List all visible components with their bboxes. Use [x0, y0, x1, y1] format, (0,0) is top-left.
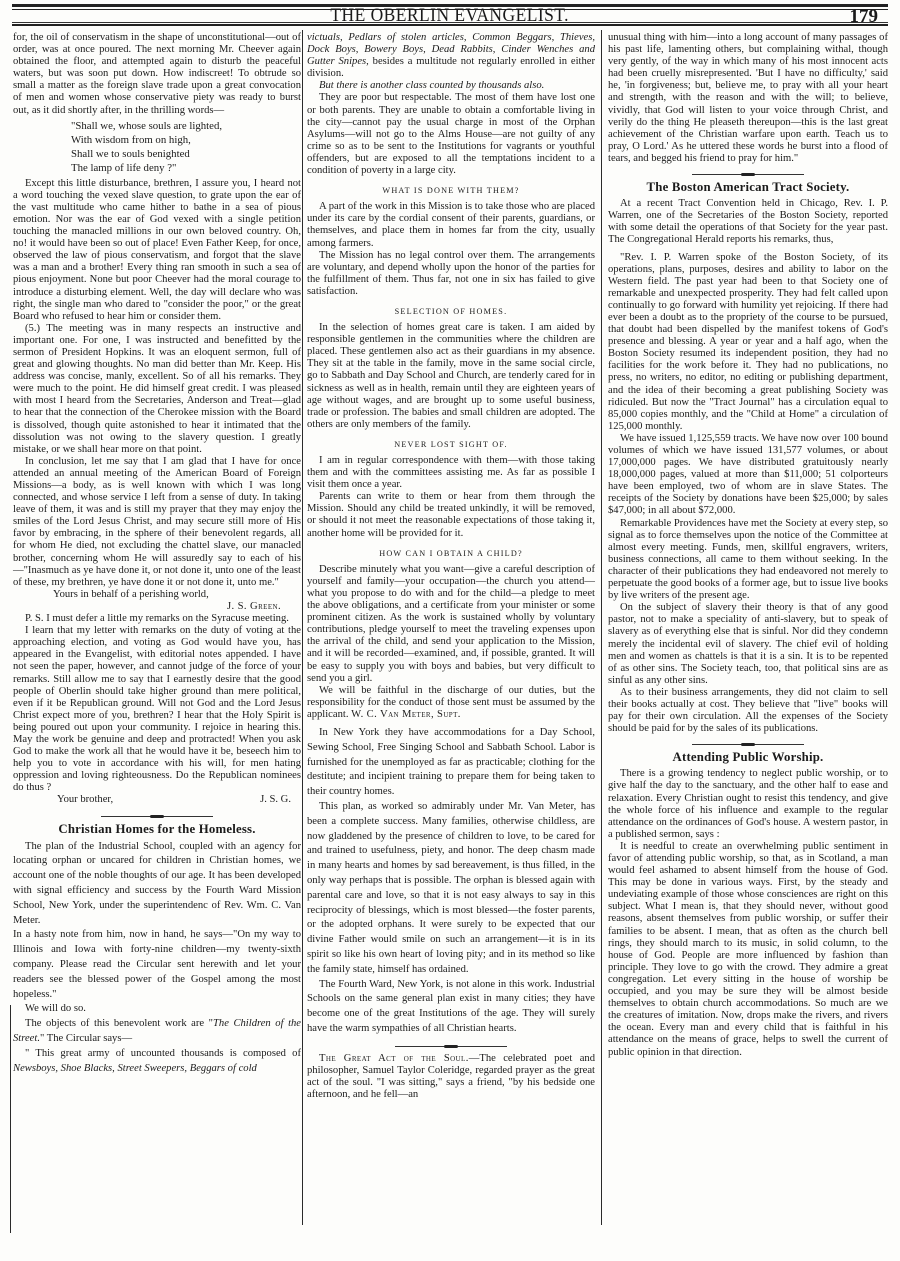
- verse-quote: "Shall we, whose souls are lighted, With…: [71, 119, 301, 175]
- paragraph: It is needful to create an overwhelming …: [608, 841, 888, 1059]
- left-border: [10, 1005, 11, 1233]
- article-heading: The Boston American Tract Society.: [608, 181, 888, 193]
- column-3: unusual thing with him—into a long accou…: [608, 32, 888, 1059]
- signature: W. C. Van Meter, Supt.: [351, 709, 461, 720]
- masthead: THE OBERLIN EVANGELIST. 179: [0, 6, 900, 26]
- text: The objects of this benevolent work are …: [25, 1018, 213, 1029]
- paragraph: A part of the work in this Mission is to…: [307, 201, 595, 249]
- paragraph: In the selection of homes great care is …: [307, 322, 595, 431]
- paragraph: "Rev. I. P. Warren spoke of the Boston S…: [608, 252, 888, 433]
- paragraph: for, the oil of conservatism in the shap…: [13, 32, 301, 117]
- paragraph: At a recent Tract Convention held in Chi…: [608, 198, 888, 246]
- text: " The Circular says—: [40, 1033, 132, 1044]
- paragraph: They are poor but respectable. The most …: [307, 92, 595, 177]
- verse-line: The lamp of life deny ?": [71, 161, 301, 175]
- article-body: In New York they have accommodations for…: [307, 726, 595, 1037]
- paragraph: As to their business arrangements, they …: [608, 687, 888, 735]
- masthead-rule-thick: [12, 24, 888, 26]
- subheading: HOW CAN I OBTAIN A CHILD?: [307, 548, 595, 560]
- verse-line: Shall we to souls benighted: [71, 147, 301, 161]
- paragraph: (5.) The meeting was in many respects an…: [13, 323, 301, 456]
- paragraph: The Fourth Ward, New York, is not alone …: [307, 978, 595, 1037]
- paragraph: In New York they have accommodations for…: [307, 726, 595, 800]
- article-heading: Christian Homes for the Homeless.: [13, 823, 301, 835]
- italic-text: Newsboys, Shoe Blacks, Street Sweepers, …: [13, 1063, 257, 1074]
- newspaper-page: THE OBERLIN EVANGELIST. 179 for, the oil…: [0, 0, 900, 1261]
- paragraph: We will be faithful in the discharge of …: [307, 685, 595, 721]
- letter-closing: Yours in behalf of a perishing world,: [13, 589, 301, 601]
- paragraph: I am in regular correspondence with them…: [307, 455, 595, 491]
- paragraph: The Mission has no legal control over th…: [307, 250, 595, 298]
- text: " This great army of uncounted thousands…: [25, 1048, 301, 1059]
- paragraph: The Great Act of the Soul.—The celebrate…: [307, 1053, 595, 1101]
- column-2: victuals, Pedlars of stolen articles, Co…: [307, 32, 595, 1101]
- article-divider: [608, 744, 888, 745]
- postscript: P. S. I must defer a little my remarks o…: [13, 613, 301, 625]
- letter-signature: J. S. Green.: [13, 601, 301, 613]
- column-divider-2: [601, 30, 602, 1225]
- italic-text: But there is another class counted by th…: [319, 80, 544, 91]
- masthead-rule: [12, 22, 888, 23]
- verse-line: "Shall we, whose souls are lighted,: [71, 119, 301, 133]
- article-divider: [13, 816, 301, 817]
- signature-initials: J. S. G.: [260, 794, 291, 806]
- paragraph: We will do so.: [13, 1002, 301, 1017]
- paragraph: Except this little disturbance, brethren…: [13, 178, 301, 323]
- paragraph: I learn that my letter with remarks on t…: [13, 625, 301, 794]
- paragraph: This plan, as worked so admirably under …: [307, 800, 595, 978]
- verse-line: With wisdom from on high,: [71, 133, 301, 147]
- paragraph: Describe minutely what you want—give a c…: [307, 564, 595, 685]
- paragraph: In a hasty note from him, now in hand, h…: [13, 928, 301, 1002]
- paragraph: Parents can write to them or hear from t…: [307, 491, 595, 539]
- paragraph: There is a growing tendency to neglect p…: [608, 768, 888, 841]
- paragraph: " This great army of uncounted thousands…: [13, 1047, 301, 1077]
- paragraph: The plan of the Industrial School, coupl…: [13, 840, 301, 929]
- paragraph: unusual thing with him—into a long accou…: [608, 32, 888, 165]
- article-heading: Attending Public Worship.: [608, 751, 888, 763]
- subheading: SELECTION OF HOMES.: [307, 306, 595, 318]
- article-lead-title: The Great Act of the Soul.: [319, 1053, 469, 1064]
- column-divider-1: [302, 30, 303, 1225]
- paragraph: Remarkable Providences have met the Soci…: [608, 518, 888, 603]
- closing-text: Your brother,: [57, 794, 113, 806]
- paragraph: The objects of this benevolent work are …: [13, 1017, 301, 1047]
- paragraph: But there is another class counted by th…: [307, 80, 595, 92]
- paragraph: victuals, Pedlars of stolen articles, Co…: [307, 32, 595, 80]
- paragraph: On the subject of slavery their theory i…: [608, 602, 888, 687]
- subheading: WHAT IS DONE WITH THEM?: [307, 185, 595, 197]
- article-divider: [307, 1046, 595, 1047]
- article-divider: [608, 174, 888, 175]
- article-body: The plan of the Industrial School, coupl…: [13, 840, 301, 1077]
- paragraph: In conclusion, let me say that I am glad…: [13, 456, 301, 589]
- column-1: for, the oil of conservatism in the shap…: [13, 32, 301, 1076]
- letter-closing-2: Your brother, J. S. G.: [13, 794, 301, 806]
- paragraph: We have issued 1,125,559 tracts. We have…: [608, 433, 888, 518]
- subheading: NEVER LOST SIGHT OF.: [307, 439, 595, 451]
